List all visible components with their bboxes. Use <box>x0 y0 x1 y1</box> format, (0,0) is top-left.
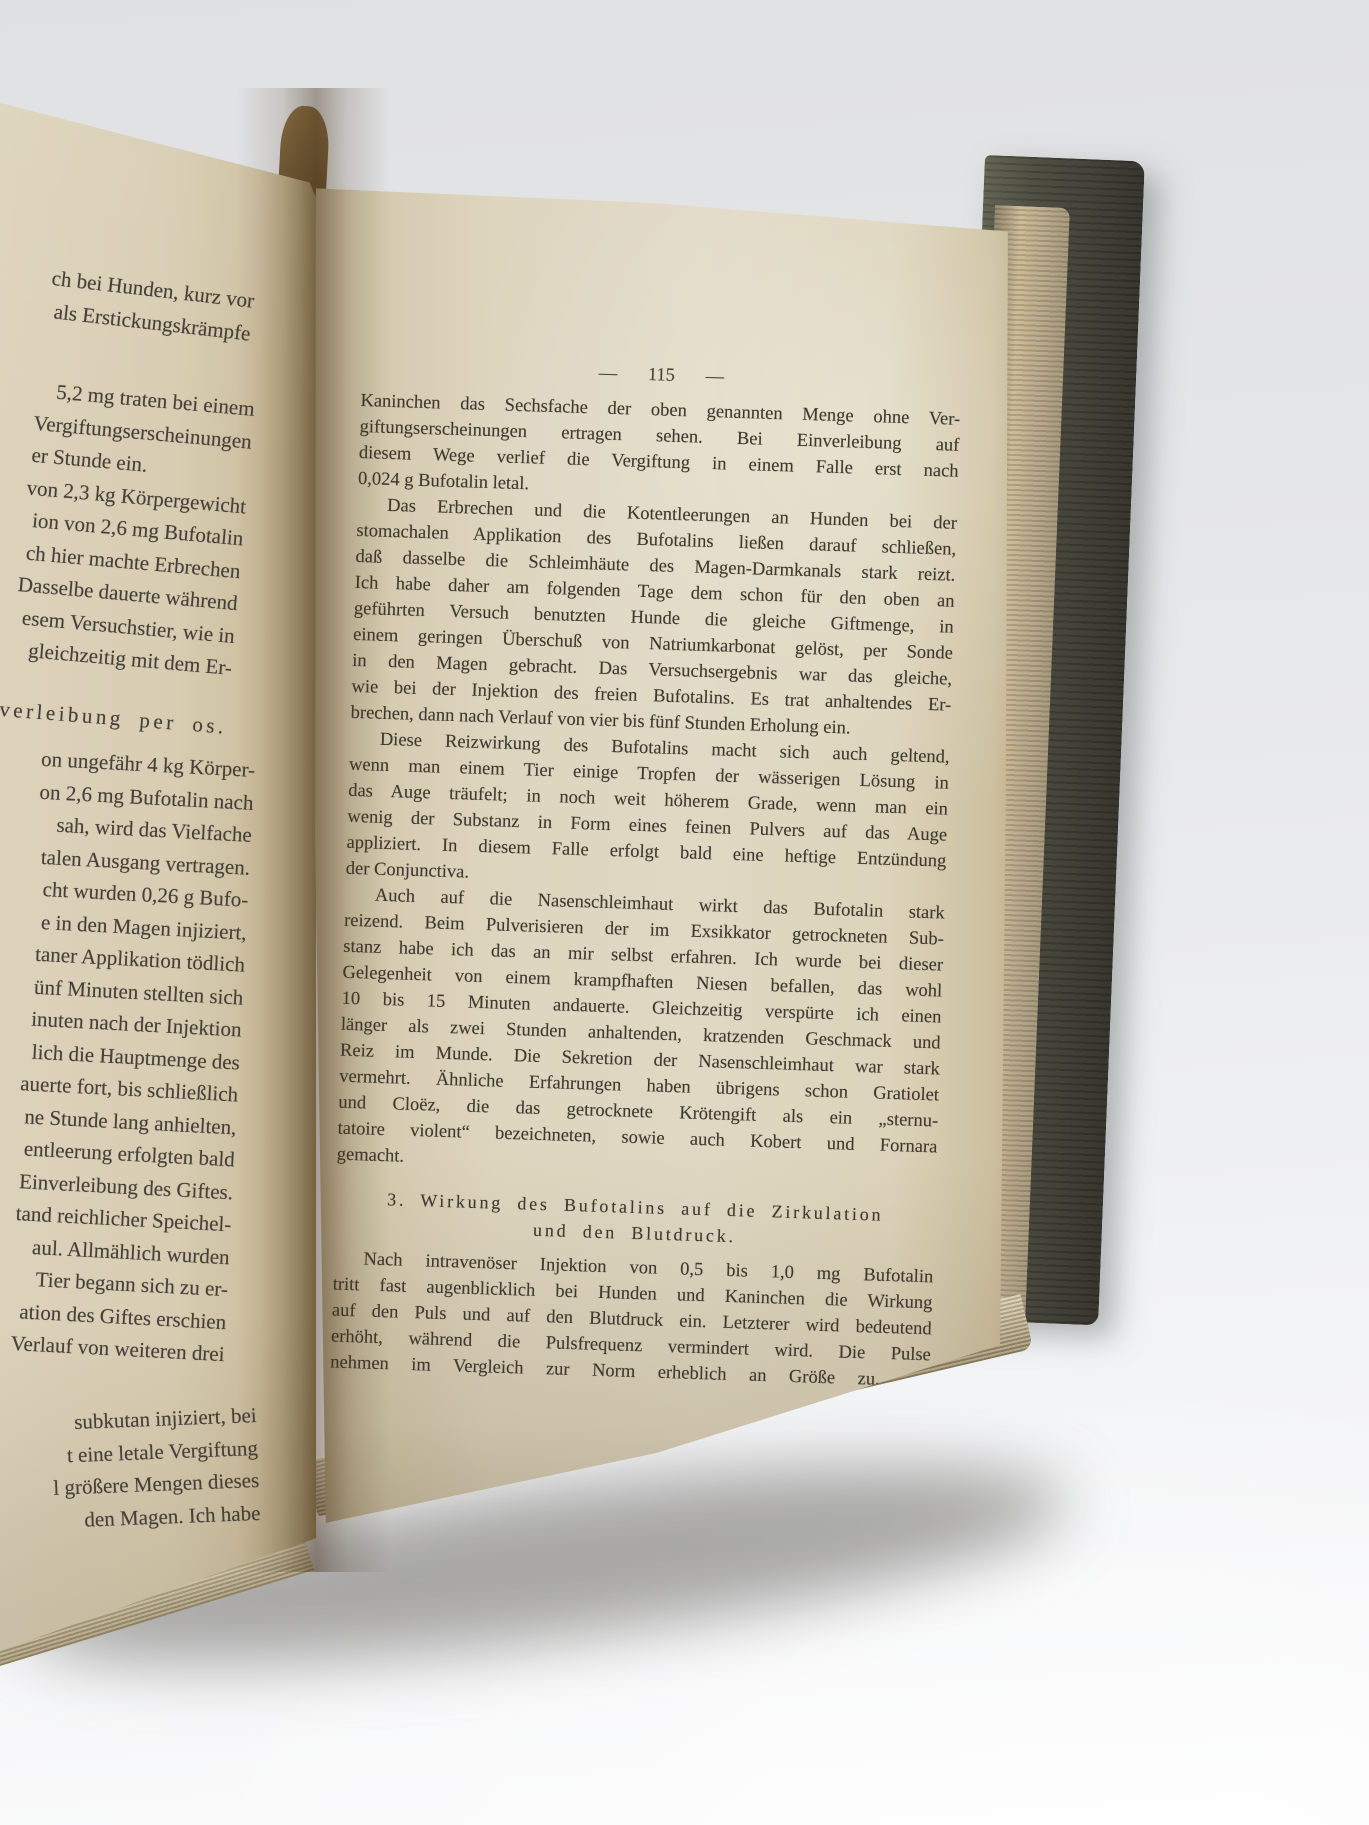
right-page: — 115 — Kaninchen das Sechsfache der obe… <box>308 183 1020 1531</box>
left-page-text: ch bei Hunden, kurz vorals Erstickungskr… <box>0 285 256 1529</box>
left-paragraph-fragment: subkutan injiziert, beit eine letale Ver… <box>0 1399 261 1540</box>
paragraph: Das Erbrechen und die Kotentleerungen an… <box>350 492 957 745</box>
paragraph: Kaninchen das Sechsfache der oben genann… <box>358 388 961 511</box>
paragraph: Auch auf die Nasenschleimhaut wirkt das … <box>336 882 945 1187</box>
left-section-heading-fragment: nverleibung per os. <box>0 689 256 745</box>
open-book-photo: ch bei Hunden, kurz vorals Erstickungskr… <box>0 0 1369 1825</box>
section-heading: 3. Wirkung des Bufotalins auf die Zirkul… <box>334 1185 935 1256</box>
right-page-text: — 115 — Kaninchen das Sechsfache der obe… <box>329 353 962 1425</box>
left-paragraph-fragment: 5,2 mg traten bei einemVergiftungsersche… <box>0 367 256 685</box>
paragraph: Nach intravenöser Injektion von 0,5 bis … <box>330 1246 934 1395</box>
left-page: ch bei Hunden, kurz vorals Erstickungskr… <box>0 95 316 1657</box>
left-paragraph-fragment: on ungefähr 4 kg Körper-on 2,6 mg Bufota… <box>0 738 256 1370</box>
paragraph: Diese Reizwirkung des Bufotalins macht s… <box>345 726 950 901</box>
left-paragraph-fragment: ch bei Hunden, kurz vorals Erstickungskr… <box>0 251 256 350</box>
